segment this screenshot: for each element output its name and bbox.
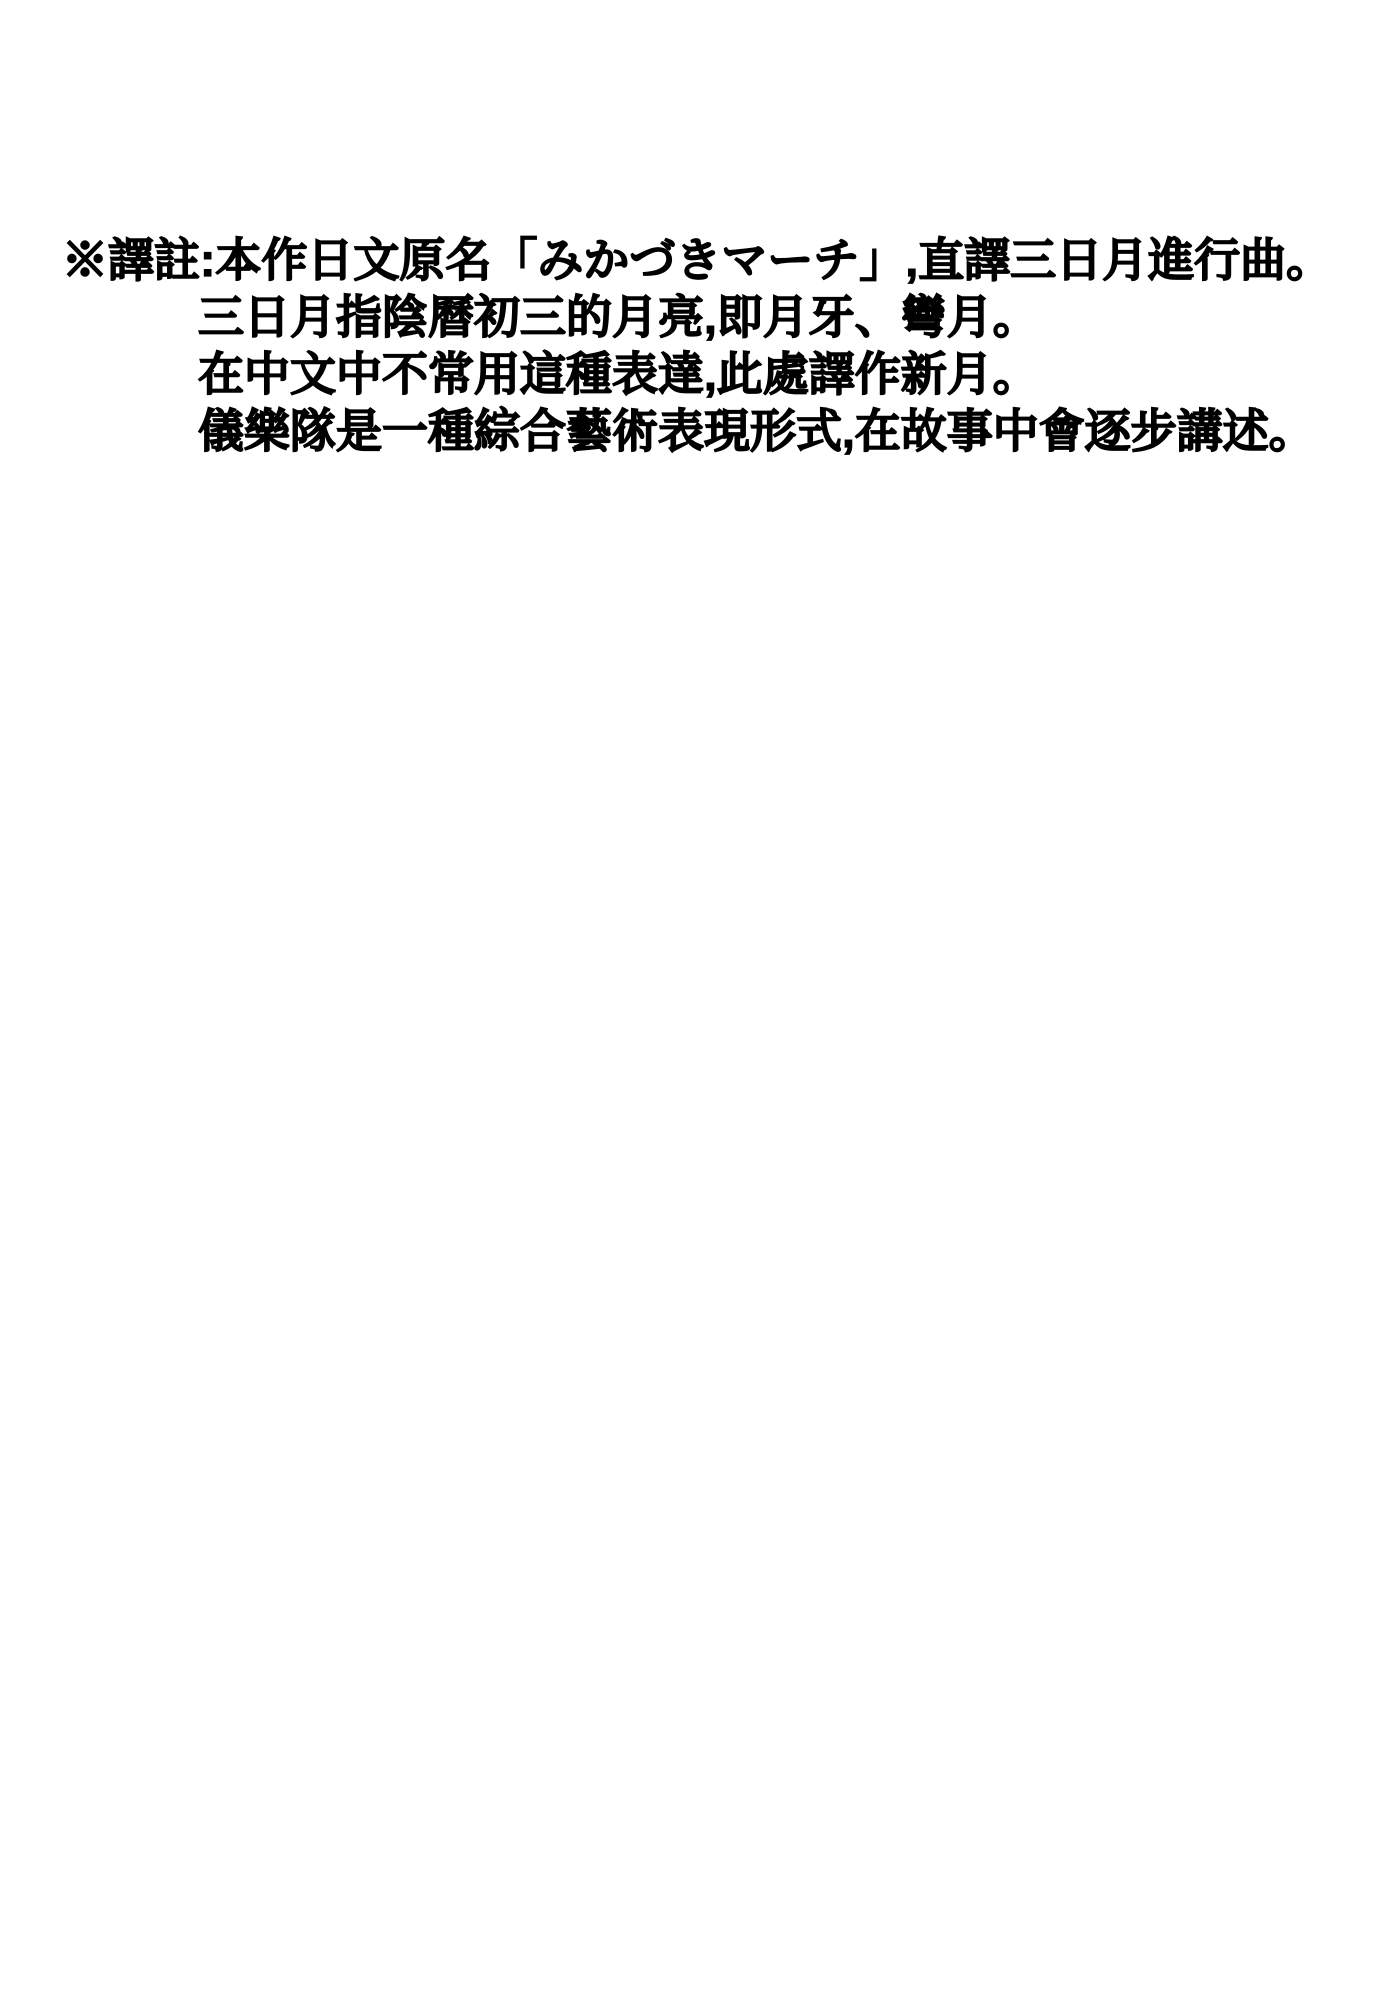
note-line-1: ※譯註:本作日文原名「みかづきマーチ」,直譯三日月進行曲。 [62,232,1372,289]
note-prefix: ※譯註: [62,234,215,286]
translator-note-block: ※譯註:本作日文原名「みかづきマーチ」,直譯三日月進行曲。 三日月指陰曆初三的月… [62,232,1372,460]
note-line-1-text: 本作日文原名「みかづきマーチ」,直譯三日月進行曲。 [215,234,1332,286]
note-line-3: 在中文中不常用這種表達,此處譯作新月。 [198,346,1372,403]
note-line-4: 儀樂隊是一種綜合藝術表現形式,在故事中會逐步講述。 [198,403,1372,460]
scanned-page: ※譯註:本作日文原名「みかづきマーチ」,直譯三日月進行曲。 三日月指陰曆初三的月… [0,0,1400,1991]
note-line-2: 三日月指陰曆初三的月亮,即月牙、彎月。 [198,289,1372,346]
